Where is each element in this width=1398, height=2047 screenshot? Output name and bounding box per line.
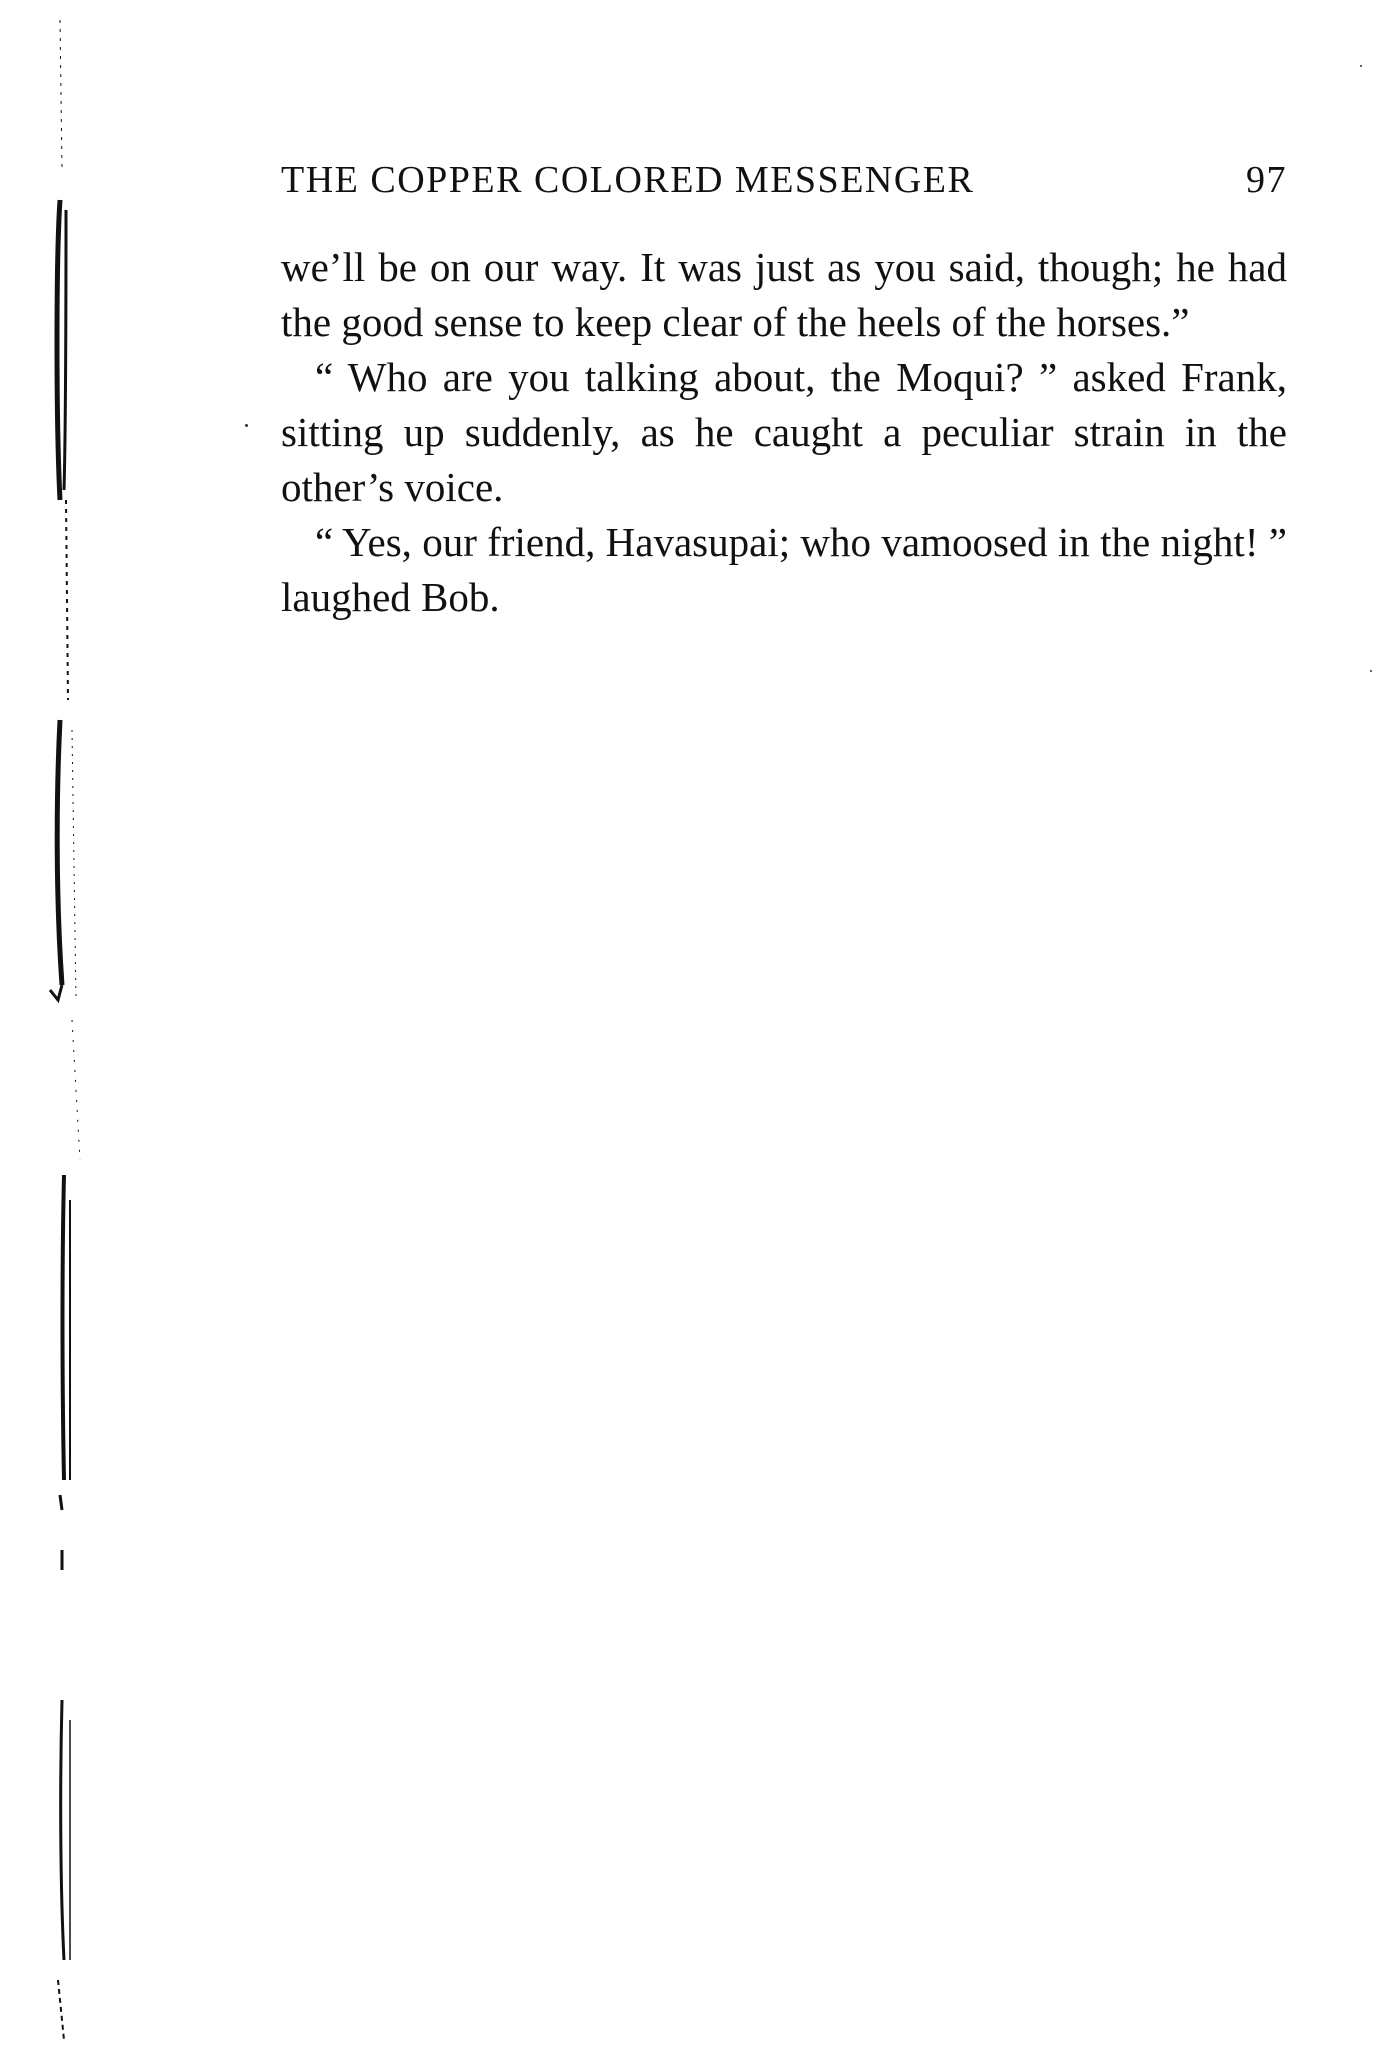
running-head: THE COPPER COLORED MESSENGER 97 — [281, 158, 1287, 202]
scan-speck — [245, 424, 248, 427]
chapter-title: THE COPPER COLORED MESSENGER — [281, 158, 974, 202]
scan-edge-marks-icon — [0, 0, 110, 2047]
page-number: 97 — [1246, 158, 1287, 202]
paragraph-dialogue-frank: “ Who are you talking about, the Moqui? … — [281, 350, 1287, 515]
scan-speck — [1370, 670, 1372, 672]
paragraph-continuation: we’ll be on our way. It was just as you … — [281, 240, 1287, 350]
paragraph-dialogue-bob: “ Yes, our friend, Havasupai; who vamoos… — [281, 515, 1287, 625]
binding-shadow-artifact — [0, 0, 110, 2047]
scan-speck — [1360, 65, 1362, 67]
body-text: we’ll be on our way. It was just as you … — [281, 240, 1287, 625]
